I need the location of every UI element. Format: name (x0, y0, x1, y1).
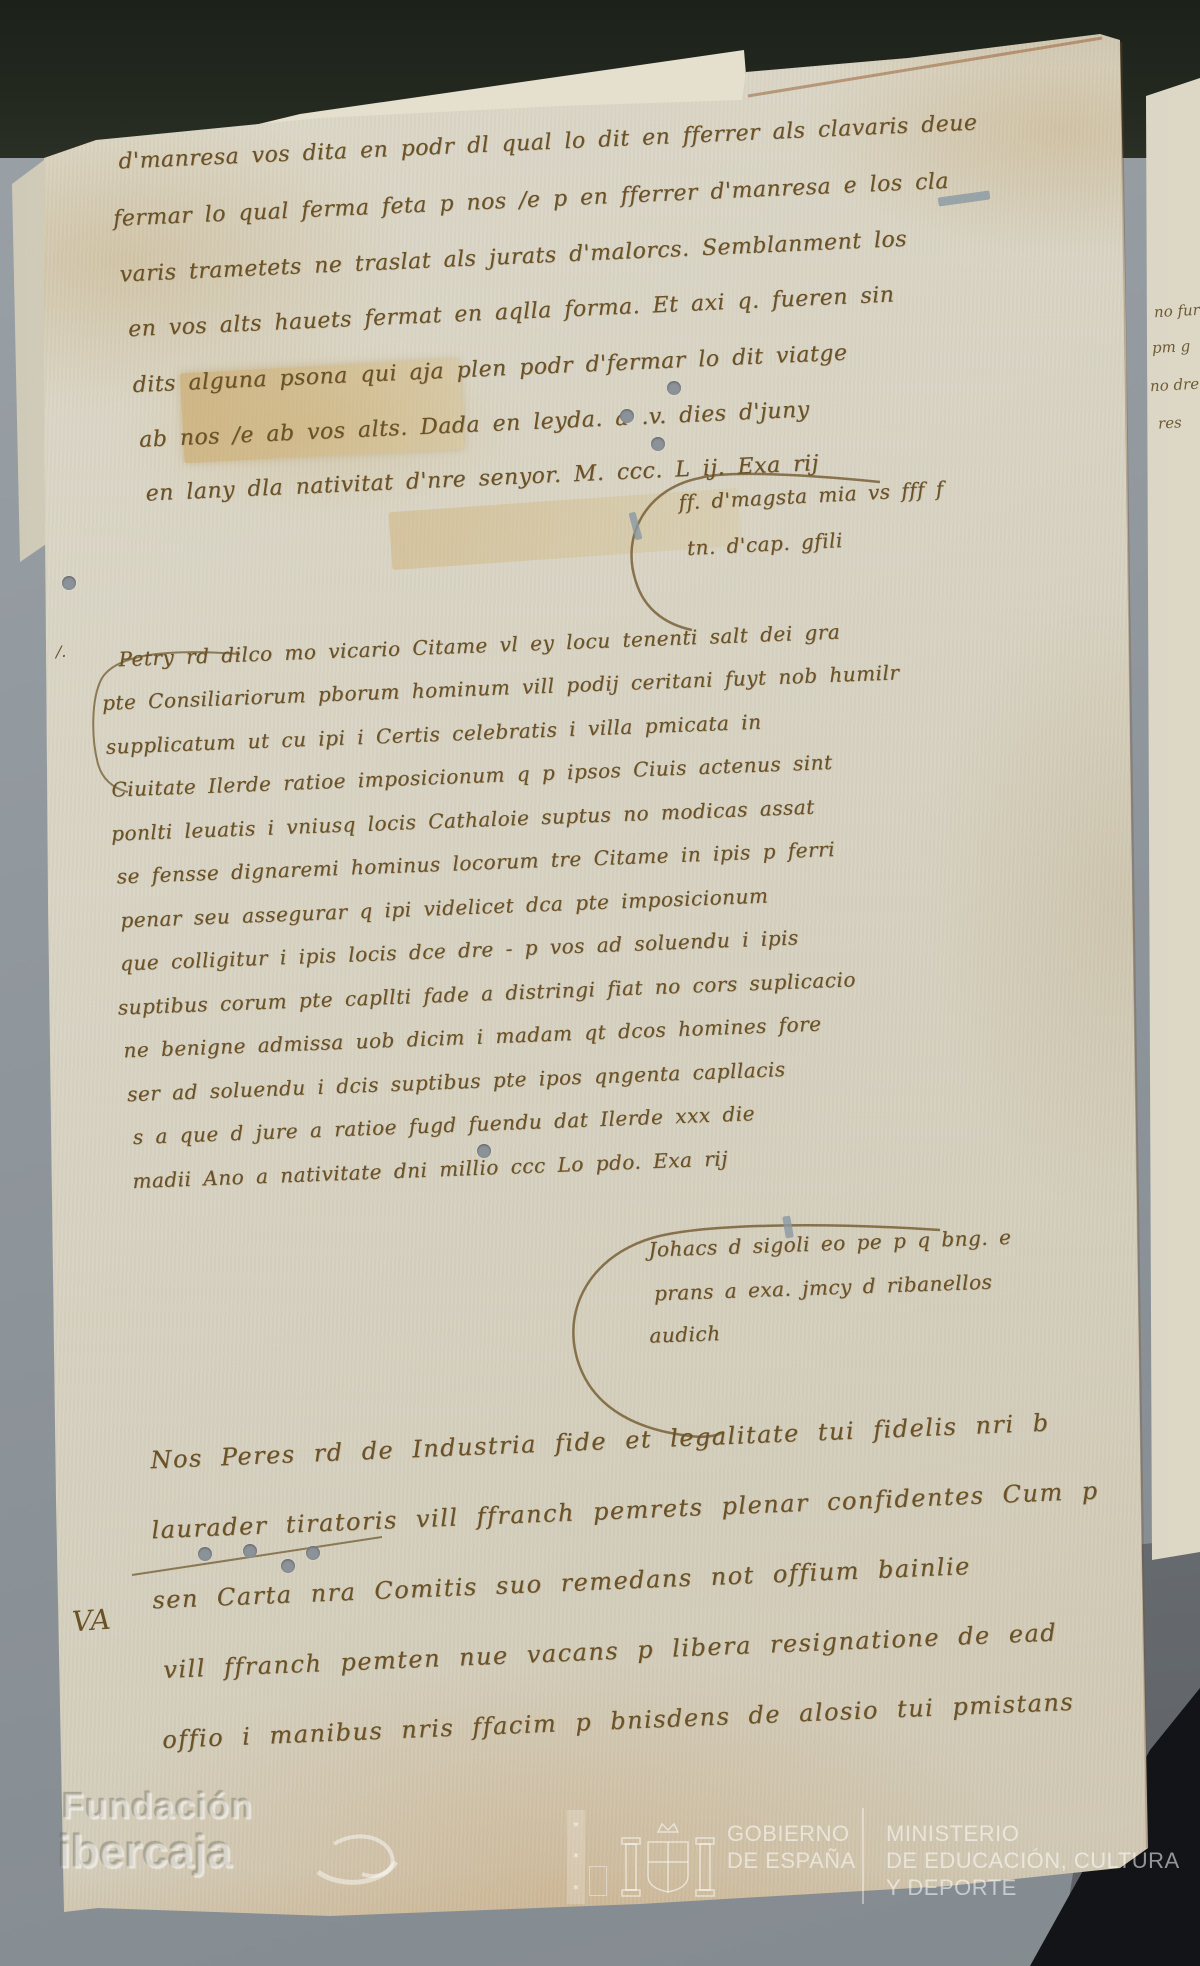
ministerio-watermark-line2: DE EDUCACIÓN, CULTURA (886, 1847, 1180, 1874)
watermark-divider (862, 1808, 864, 1904)
spain-coat-of-arms-icon (0, 0, 1200, 1966)
gobierno-watermark-line2: DE ESPAÑA (727, 1847, 856, 1874)
ministerio-watermark-line1: MINISTERIO (886, 1820, 1019, 1847)
archive-scan: no fur pm g no dre res d'manresa vos dit… (0, 0, 1200, 1966)
ministerio-watermark-line3: Y DEPORTE (886, 1874, 1017, 1901)
gobierno-watermark-line1: GOBIERNO (727, 1820, 850, 1847)
